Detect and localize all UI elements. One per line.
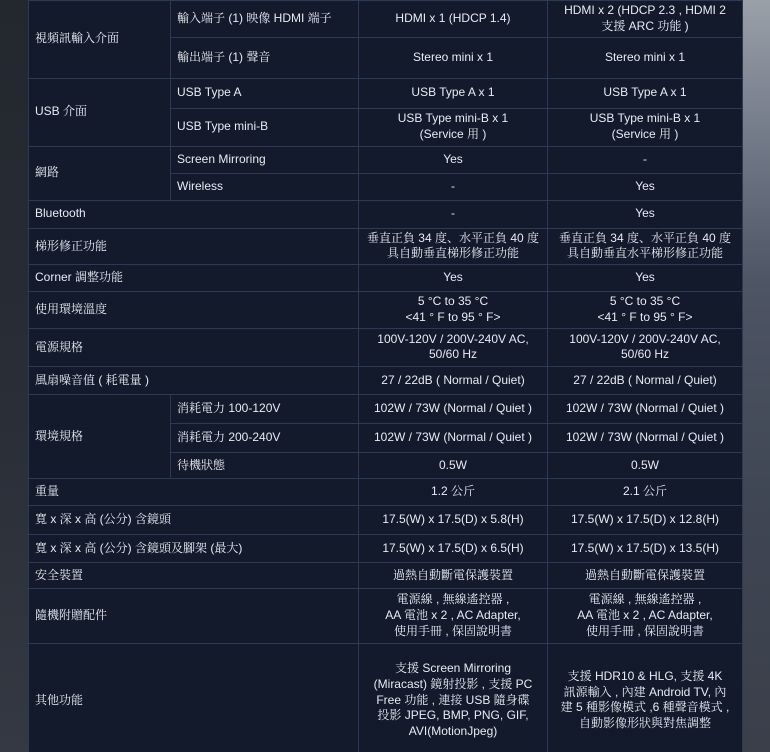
value-cell-model1: 電源線 , 無線遙控器 , AA 電池 x 2 , AC Adapter, 使用… <box>359 588 548 643</box>
value-cell-model1: USB Type mini-B x 1 (Service 用 ) <box>359 108 548 146</box>
category-cell: 寬 x 深 x 高 (公分) 含鏡頭及腳架 (最大) <box>29 534 359 562</box>
category-cell: Corner 調整功能 <box>29 265 359 292</box>
value-cell-model1: 5 °C to 35 °C <41 ° F to 95 ° F> <box>359 292 548 329</box>
table-row: 環境規格 消耗電力 100-120V 102W / 73W (Normal / … <box>29 394 743 423</box>
value-cell-model2: 102W / 73W (Normal / Quiet ) <box>548 394 743 423</box>
value-cell-model1: - <box>359 173 548 200</box>
value-cell-model2: Yes <box>548 200 743 228</box>
table-row: 風扇噪音值 ( 耗電量 ) 27 / 22dB ( Normal / Quiet… <box>29 366 743 394</box>
category-cell: 梯形修正功能 <box>29 228 359 265</box>
table-row: USB 介面 USB Type A USB Type A x 1 USB Typ… <box>29 78 743 108</box>
value-cell-model2: USB Type A x 1 <box>548 78 743 108</box>
value-cell-model1: 過熱自動斷電保護裝置 <box>359 562 548 588</box>
value-cell-model2: 0.5W <box>548 452 743 478</box>
table-row: Bluetooth - Yes <box>29 200 743 228</box>
subcategory-cell: Wireless <box>171 173 359 200</box>
category-cell: 風扇噪音值 ( 耗電量 ) <box>29 366 359 394</box>
category-cell: 使用環境溫度 <box>29 292 359 329</box>
value-cell-model2: 100V-120V / 200V-240V AC, 50/60 Hz <box>548 328 743 366</box>
value-cell-model1: 垂直正負 34 度、水平正負 40 度 具自動垂直梯形修正功能 <box>359 228 548 265</box>
value-cell-model2: 電源線 , 無線遙控器 , AA 電池 x 2 , AC Adapter, 使用… <box>548 588 743 643</box>
table-row: 寬 x 深 x 高 (公分) 含鏡頭及腳架 (最大) 17.5(W) x 17.… <box>29 534 743 562</box>
subcategory-cell: 消耗電力 200-240V <box>171 423 359 452</box>
table-row: 其他功能 支援 Screen Mirroring (Miracast) 鏡射投影… <box>29 643 743 752</box>
subcategory-cell: 消耗電力 100-120V <box>171 394 359 423</box>
table-row: 寬 x 深 x 高 (公分) 含鏡頭 17.5(W) x 17.5(D) x 5… <box>29 505 743 534</box>
value-cell-model2: 5 °C to 35 °C <41 ° F to 95 ° F> <box>548 292 743 329</box>
value-cell-model1: 0.5W <box>359 452 548 478</box>
category-cell: 視頻訊輸入介面 <box>29 1 171 79</box>
table-row: 隨機附贈配件 電源線 , 無線遙控器 , AA 電池 x 2 , AC Adap… <box>29 588 743 643</box>
value-cell-model1: 17.5(W) x 17.5(D) x 5.8(H) <box>359 505 548 534</box>
value-cell-model2: 102W / 73W (Normal / Quiet ) <box>548 423 743 452</box>
value-cell-model1: 102W / 73W (Normal / Quiet ) <box>359 394 548 423</box>
category-cell: USB 介面 <box>29 78 171 146</box>
value-cell-model2: 27 / 22dB ( Normal / Quiet) <box>548 366 743 394</box>
page-margin-strip <box>742 0 770 752</box>
value-cell-model2: 支援 HDR10 & HLG, 支援 4K 訊源輸入 , 內建 Android … <box>548 643 743 752</box>
value-cell-model2: Stereo mini x 1 <box>548 37 743 78</box>
category-cell: 其他功能 <box>29 643 359 752</box>
value-cell-model1: Yes <box>359 265 548 292</box>
value-cell-model1: 27 / 22dB ( Normal / Quiet) <box>359 366 548 394</box>
value-cell-model1: 支援 Screen Mirroring (Miracast) 鏡射投影 , 支援… <box>359 643 548 752</box>
value-cell-model1: 1.2 公斤 <box>359 478 548 505</box>
table-row: Corner 調整功能 Yes Yes <box>29 265 743 292</box>
value-cell-model2: HDMI x 2 (HDCP 2.3 , HDMI 2 支援 ARC 功能 ) <box>548 1 743 38</box>
category-cell: 隨機附贈配件 <box>29 588 359 643</box>
value-cell-model1: Yes <box>359 146 548 173</box>
value-cell-model2: 17.5(W) x 17.5(D) x 13.5(H) <box>548 534 743 562</box>
value-cell-model2: - <box>548 146 743 173</box>
value-cell-model2: 過熱自動斷電保護裝置 <box>548 562 743 588</box>
subcategory-cell: 待機狀態 <box>171 452 359 478</box>
table-row: 梯形修正功能 垂直正負 34 度、水平正負 40 度 具自動垂直梯形修正功能 垂… <box>29 228 743 265</box>
value-cell-model2: 2.1 公斤 <box>548 478 743 505</box>
subcategory-cell: USB Type A <box>171 78 359 108</box>
category-cell: 網路 <box>29 146 171 200</box>
subcategory-cell: USB Type mini-B <box>171 108 359 146</box>
category-cell: Bluetooth <box>29 200 359 228</box>
value-cell-model1: HDMI x 1 (HDCP 1.4) <box>359 1 548 38</box>
table-row: 視頻訊輸入介面 輸入端子 (1) 映像 HDMI 端子 HDMI x 1 (HD… <box>29 1 743 38</box>
value-cell-model2: Yes <box>548 173 743 200</box>
subcategory-cell: Screen Mirroring <box>171 146 359 173</box>
value-cell-model2: USB Type mini-B x 1 (Service 用 ) <box>548 108 743 146</box>
table-row: 安全裝置 過熱自動斷電保護裝置 過熱自動斷電保護裝置 <box>29 562 743 588</box>
category-cell: 重量 <box>29 478 359 505</box>
table-row: 網路 Screen Mirroring Yes - <box>29 146 743 173</box>
value-cell-model1: 17.5(W) x 17.5(D) x 6.5(H) <box>359 534 548 562</box>
table-row: 重量 1.2 公斤 2.1 公斤 <box>29 478 743 505</box>
value-cell-model1: - <box>359 200 548 228</box>
category-cell: 安全裝置 <box>29 562 359 588</box>
table-row: 電源規格 100V-120V / 200V-240V AC, 50/60 Hz … <box>29 328 743 366</box>
value-cell-model1: 100V-120V / 200V-240V AC, 50/60 Hz <box>359 328 548 366</box>
value-cell-model2: 垂直正負 34 度、水平正負 40 度 具自動垂直水平梯形修正功能 <box>548 228 743 265</box>
spec-comparison-table: 視頻訊輸入介面 輸入端子 (1) 映像 HDMI 端子 HDMI x 1 (HD… <box>28 0 743 752</box>
subcategory-cell: 輸出端子 (1) 聲音 <box>171 37 359 78</box>
page: 視頻訊輸入介面 輸入端子 (1) 映像 HDMI 端子 HDMI x 1 (HD… <box>0 0 770 752</box>
category-cell: 寬 x 深 x 高 (公分) 含鏡頭 <box>29 505 359 534</box>
value-cell-model1: Stereo mini x 1 <box>359 37 548 78</box>
value-cell-model2: Yes <box>548 265 743 292</box>
category-cell: 環境規格 <box>29 394 171 478</box>
category-cell: 電源規格 <box>29 328 359 366</box>
value-cell-model1: USB Type A x 1 <box>359 78 548 108</box>
subcategory-cell: 輸入端子 (1) 映像 HDMI 端子 <box>171 1 359 38</box>
table-row: 使用環境溫度 5 °C to 35 °C <41 ° F to 95 ° F> … <box>29 292 743 329</box>
value-cell-model1: 102W / 73W (Normal / Quiet ) <box>359 423 548 452</box>
value-cell-model2: 17.5(W) x 17.5(D) x 12.8(H) <box>548 505 743 534</box>
